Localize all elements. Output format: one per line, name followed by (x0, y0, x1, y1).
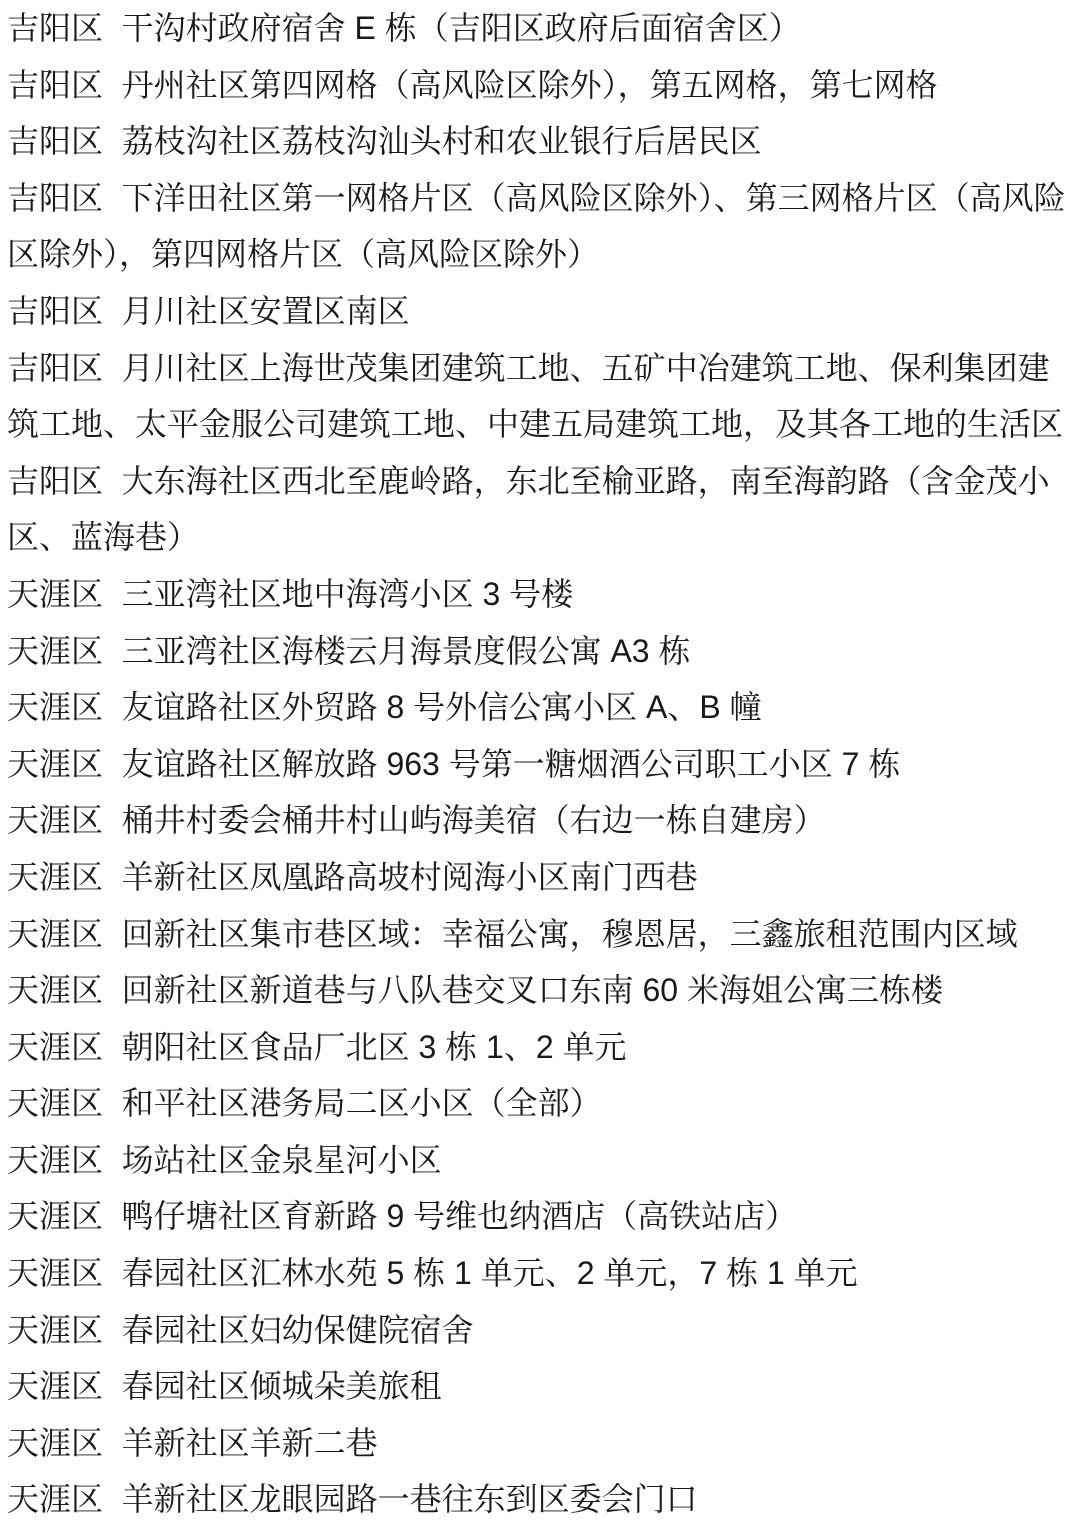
district-label: 天涯区 (7, 689, 103, 725)
list-item: 吉阳区月川社区上海世茂集团建筑工地、五矿中冶建筑工地、保利集团建筑工地、太平金服… (7, 340, 1072, 453)
area-text: 下洋田社区第一网格片区（高风险区除外）、第三网格片区（高风险区除外），第四网格片… (7, 180, 1066, 273)
district-label: 天涯区 (7, 576, 103, 612)
list-item: 天涯区羊新社区龙眼园路一巷往东到区委会门口 (7, 1471, 1072, 1528)
district-label: 吉阳区 (7, 180, 103, 216)
district-label: 天涯区 (7, 916, 103, 952)
district-label: 天涯区 (7, 972, 103, 1008)
area-text: 月川社区安置区南区 (122, 293, 410, 329)
district-label: 吉阳区 (7, 67, 103, 103)
list-item: 天涯区三亚湾社区海楼云月海景度假公寓 A3 栋 (7, 623, 1072, 680)
area-text: 鸭仔塘社区育新路 9 号维也纳酒店（高铁站店） (122, 1198, 798, 1234)
area-text: 荔枝沟社区荔枝沟汕头村和农业银行后居民区 (122, 123, 762, 159)
list-item: 天涯区朝阳社区食品厂北区 3 栋 1、2 单元 (7, 1019, 1072, 1076)
list-item: 天涯区和平社区港务局二区小区（全部） (7, 1075, 1072, 1132)
district-label: 天涯区 (7, 802, 103, 838)
district-label: 天涯区 (7, 859, 103, 895)
area-text: 春园社区倾城朵美旅租 (122, 1368, 442, 1404)
district-label: 天涯区 (7, 1425, 103, 1461)
list-item: 天涯区回新社区集市巷区域：幸福公寓，穆恩居，三鑫旅租范围内区域 (7, 906, 1072, 963)
list-item: 天涯区友谊路社区外贸路 8 号外信公寓小区 A、B 幢 (7, 679, 1072, 736)
district-label: 天涯区 (7, 1029, 103, 1065)
risk-area-list-page: 吉阳区干沟村政府宿舍 E 栋（吉阳区政府后面宿舍区） 吉阳区丹州社区第四网格（高… (0, 0, 1080, 1528)
area-text: 羊新社区羊新二巷 (122, 1425, 378, 1461)
area-text: 羊新社区凤凰路高坡村阅海小区南门西巷 (122, 859, 698, 895)
area-text: 和平社区港务局二区小区（全部） (122, 1085, 602, 1121)
district-label: 吉阳区 (7, 123, 103, 159)
district-label: 天涯区 (7, 1142, 103, 1178)
area-text: 回新社区集市巷区域：幸福公寓，穆恩居，三鑫旅租范围内区域 (122, 916, 1018, 952)
area-text: 友谊路社区外贸路 8 号外信公寓小区 A、B 幢 (122, 689, 762, 725)
list-item: 吉阳区下洋田社区第一网格片区（高风险区除外）、第三网格片区（高风险区除外），第四… (7, 170, 1072, 283)
area-list: 吉阳区干沟村政府宿舍 E 栋（吉阳区政府后面宿舍区） 吉阳区丹州社区第四网格（高… (7, 0, 1072, 1528)
area-text: 丹州社区第四网格（高风险区除外），第五网格，第七网格 (122, 67, 938, 103)
list-item: 吉阳区月川社区安置区南区 (7, 283, 1072, 340)
list-item: 天涯区友谊路社区解放路 963 号第一糖烟酒公司职工小区 7 栋 (7, 736, 1072, 793)
area-text: 桶井村委会桶井村山屿海美宿（右边一栋自建房） (122, 802, 826, 838)
list-item: 天涯区羊新社区羊新二巷 (7, 1415, 1072, 1472)
list-item: 天涯区春园社区妇幼保健院宿舍 (7, 1302, 1072, 1359)
district-label: 天涯区 (7, 1085, 103, 1121)
district-label: 天涯区 (7, 1481, 103, 1517)
area-text: 三亚湾社区地中海湾小区 3 号楼 (122, 576, 574, 612)
list-item: 天涯区鸭仔塘社区育新路 9 号维也纳酒店（高铁站店） (7, 1188, 1072, 1245)
list-item: 吉阳区干沟村政府宿舍 E 栋（吉阳区政府后面宿舍区） (7, 0, 1072, 57)
area-text: 春园社区汇林水苑 5 栋 1 单元、2 单元，7 栋 1 单元 (122, 1255, 858, 1291)
area-text: 回新社区新道巷与八队巷交叉口东南 60 米海姐公寓三栋楼 (122, 972, 943, 1008)
area-text: 春园社区妇幼保健院宿舍 (122, 1312, 474, 1348)
district-label: 天涯区 (7, 1255, 103, 1291)
list-item: 天涯区三亚湾社区地中海湾小区 3 号楼 (7, 566, 1072, 623)
area-text: 友谊路社区解放路 963 号第一糖烟酒公司职工小区 7 栋 (122, 746, 901, 782)
list-item: 天涯区桶井村委会桶井村山屿海美宿（右边一栋自建房） (7, 792, 1072, 849)
list-item: 吉阳区荔枝沟社区荔枝沟汕头村和农业银行后居民区 (7, 113, 1072, 170)
area-text: 月川社区上海世茂集团建筑工地、五矿中冶建筑工地、保利集团建筑工地、太平金服公司建… (7, 350, 1063, 443)
list-item: 天涯区场站社区金泉星河小区 (7, 1132, 1072, 1189)
district-label: 吉阳区 (7, 293, 103, 329)
district-label: 吉阳区 (7, 463, 103, 499)
area-text: 场站社区金泉星河小区 (122, 1142, 442, 1178)
area-text: 三亚湾社区海楼云月海景度假公寓 A3 栋 (122, 633, 691, 669)
district-label: 天涯区 (7, 1312, 103, 1348)
list-item: 吉阳区丹州社区第四网格（高风险区除外），第五网格，第七网格 (7, 57, 1072, 114)
area-text: 大东海社区西北至鹿岭路，东北至榆亚路，南至海韵路（含金茂小区、蓝海巷） (7, 463, 1050, 556)
list-item: 天涯区春园社区倾城朵美旅租 (7, 1358, 1072, 1415)
list-item: 吉阳区大东海社区西北至鹿岭路，东北至榆亚路，南至海韵路（含金茂小区、蓝海巷） (7, 453, 1072, 566)
area-text: 干沟村政府宿舍 E 栋（吉阳区政府后面宿舍区） (122, 10, 801, 46)
area-text: 朝阳社区食品厂北区 3 栋 1、2 单元 (122, 1029, 627, 1065)
district-label: 天涯区 (7, 1198, 103, 1234)
list-item: 天涯区春园社区汇林水苑 5 栋 1 单元、2 单元，7 栋 1 单元 (7, 1245, 1072, 1302)
district-label: 吉阳区 (7, 350, 103, 386)
district-label: 吉阳区 (7, 10, 103, 46)
area-text: 羊新社区龙眼园路一巷往东到区委会门口 (122, 1481, 698, 1517)
list-item: 天涯区羊新社区凤凰路高坡村阅海小区南门西巷 (7, 849, 1072, 906)
district-label: 天涯区 (7, 633, 103, 669)
district-label: 天涯区 (7, 1368, 103, 1404)
district-label: 天涯区 (7, 746, 103, 782)
list-item: 天涯区回新社区新道巷与八队巷交叉口东南 60 米海姐公寓三栋楼 (7, 962, 1072, 1019)
